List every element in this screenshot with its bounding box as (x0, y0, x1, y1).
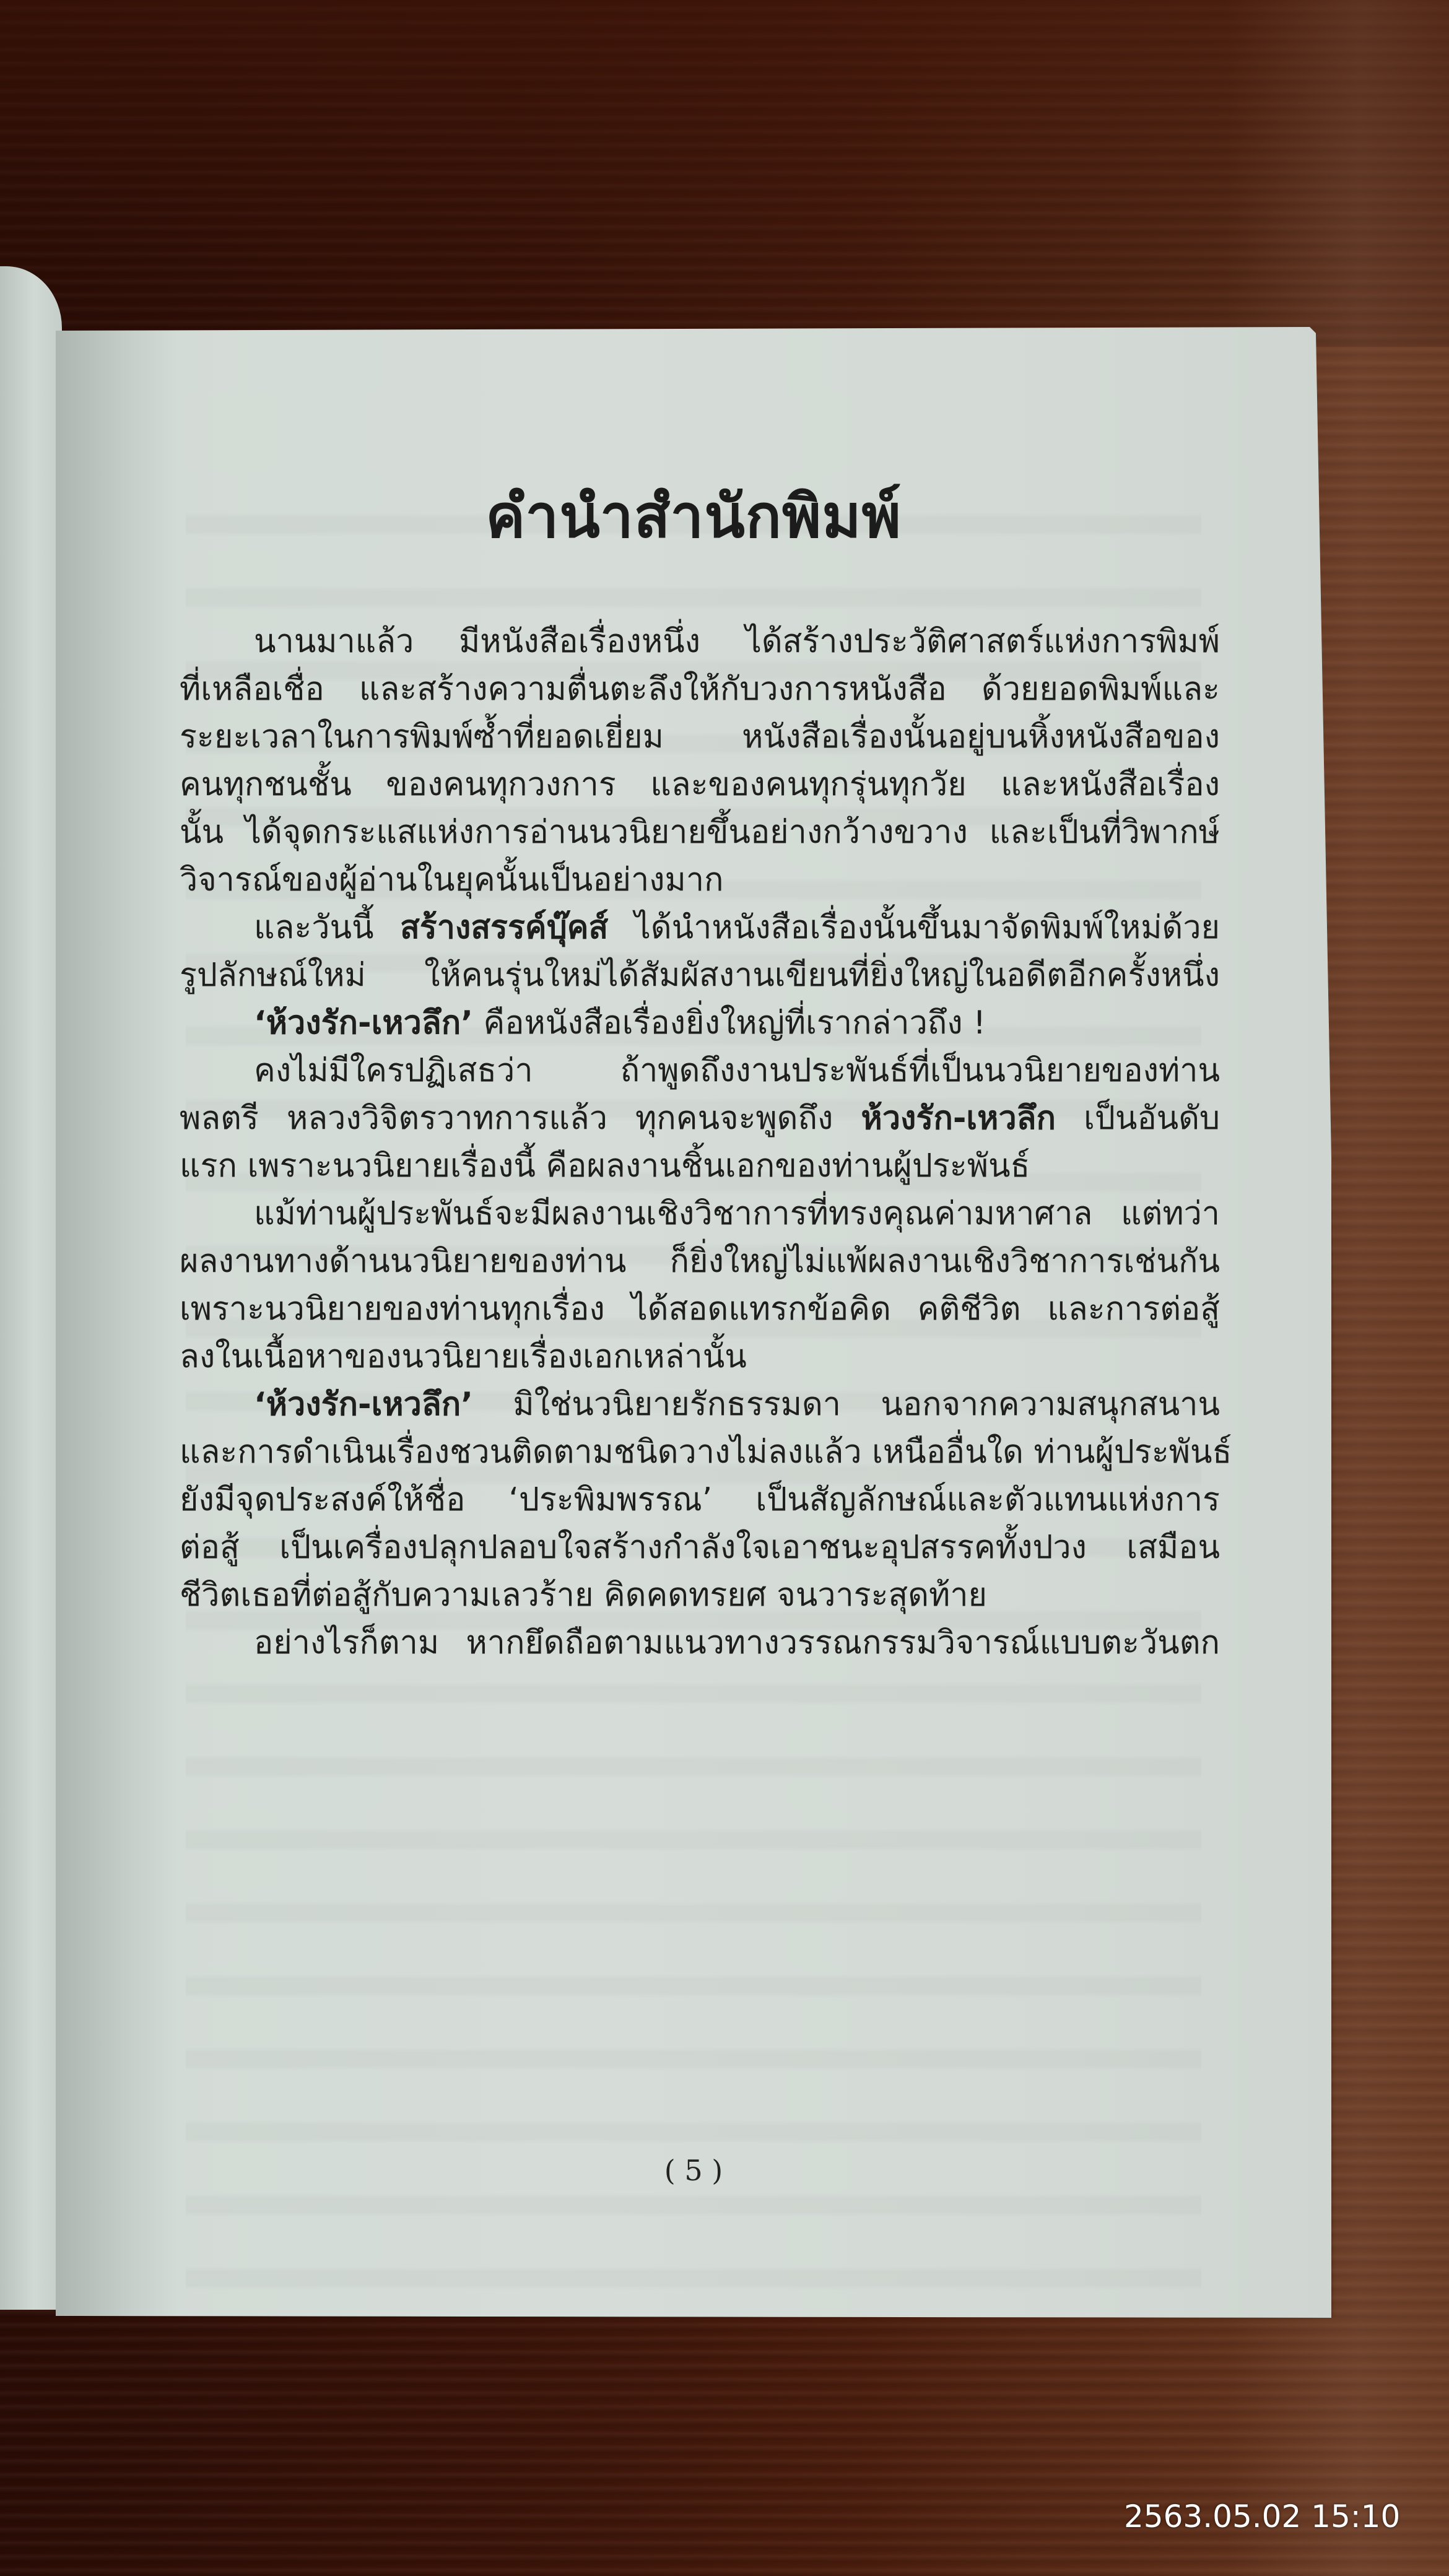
text-line: วิจารณ์ของผู้อ่านในยุคนั้นเป็นอย่างมาก (180, 856, 1220, 904)
text-line: และวันนี้ สร้างสรรค์บุ๊คส์ ได้นำหนังสือเ… (180, 904, 1220, 952)
page-number: ( 5 ) (56, 2154, 1331, 2187)
text-line: ระยะเวลาในการพิมพ์ซ้ำที่ยอดเยี่ยม หนังสื… (180, 713, 1220, 761)
text-line: นานมาแล้ว มีหนังสือเรื่องหนึ่ง ได้สร้างป… (180, 618, 1220, 666)
page-title: คำนำสำนักพิมพ์ (56, 469, 1331, 563)
text-line: ‘ห้วงรัก-เหวลึก’ คือหนังสือเรื่องยิ่งใหญ… (180, 999, 1220, 1047)
text-line: เพราะนวนิยายของท่านทุกเรื่อง ได้สอดแทรกข… (180, 1286, 1220, 1333)
publisher-name: สร้างสรรค์บุ๊คส์ (400, 909, 608, 946)
text-segment: ได้นำหนังสือเรื่องนั้นขึ้นมาจัดพิมพ์ใหม่… (608, 909, 1220, 946)
text-line: คงไม่มีใครปฏิเสธว่า ถ้าพูดถึงงานประพันธ์… (180, 1047, 1220, 1095)
text-segment: พลตรี หลวงวิจิตรวาทการแล้ว ทุกคนจะพูดถึง (180, 1100, 861, 1137)
book-title-emphasis: ‘ห้วงรัก-เหวลึก’ (254, 1386, 473, 1423)
text-line: ‘ห้วงรัก-เหวลึก’ มิใช่นวนิยายรักธรรมดา น… (180, 1381, 1220, 1429)
text-line: ผลงานทางด้านนวนิยายของท่าน ก็ยิ่งใหญ่ไม่… (180, 1238, 1220, 1286)
text-segment: คือหนังสือเรื่องยิ่งใหญ่ที่เรากล่าวถึง ! (473, 1004, 986, 1042)
text-line: ชีวิตเธอที่ต่อสู้กับความเลวร้าย คิดคดทรย… (180, 1572, 1220, 1619)
facing-page-edge (0, 266, 62, 2310)
text-line: รูปลักษณ์ใหม่ ให้คนรุ่นใหม่ได้สัมผัสงานเ… (180, 952, 1220, 999)
text-line: คนทุกชนชั้น ของคนทุกวงการ และของคนทุกรุ่… (180, 761, 1220, 809)
book-title-emphasis: ห้วงรัก-เหวลึก (861, 1100, 1056, 1137)
text-segment: และวันนี้ (254, 909, 400, 946)
photo-timestamp: 2563.05.02 15:10 (1124, 2499, 1400, 2535)
text-line: ที่เหลือเชื่อ และสร้างความตื่นตะลึงให้กั… (180, 666, 1220, 713)
text-line: และการดำเนินเรื่องชวนติดตามชนิดวางไม่ลงแ… (180, 1429, 1220, 1476)
text-line: ยังมีจุดประสงค์ให้ชื่อ ‘ประพิมพรรณ’ เป็น… (180, 1476, 1220, 1524)
text-line: นั้น ได้จุดกระแสแห่งการอ่านนวนิยายขึ้นอย… (180, 809, 1220, 856)
text-line: พลตรี หลวงวิจิตรวาทการแล้ว ทุกคนจะพูดถึง… (180, 1095, 1220, 1142)
text-line: แรก เพราะนวนิยายเรื่องนี้ คือผลงานชิ้นเอ… (180, 1142, 1220, 1190)
book-page: คำนำสำนักพิมพ์ นานมาแล้ว มีหนังสือเรื่อง… (56, 327, 1331, 2318)
text-line: แม้ท่านผู้ประพันธ์จะมีผลงานเชิงวิชาการที… (180, 1190, 1220, 1238)
book-title-emphasis: ‘ห้วงรัก-เหวลึก’ (254, 1004, 473, 1042)
text-line: ลงในเนื้อหาของนวนิยายเรื่องเอกเหล่านั้น (180, 1333, 1220, 1381)
text-segment: มิใช่นวนิยายรักธรรมดา นอกจากความสนุกสนาน (473, 1386, 1220, 1423)
gutter-shadow (56, 327, 180, 2318)
text-segment: เป็นอันดับ (1056, 1100, 1220, 1137)
body-text: นานมาแล้ว มีหนังสือเรื่องหนึ่ง ได้สร้างป… (180, 618, 1220, 1667)
text-line: อย่างไรก็ตาม หากยึดถือตามแนวทางวรรณกรรมว… (180, 1619, 1220, 1667)
text-line: ต่อสู้ เป็นเครื่องปลุกปลอบใจสร้างกำลังใจ… (180, 1524, 1220, 1572)
